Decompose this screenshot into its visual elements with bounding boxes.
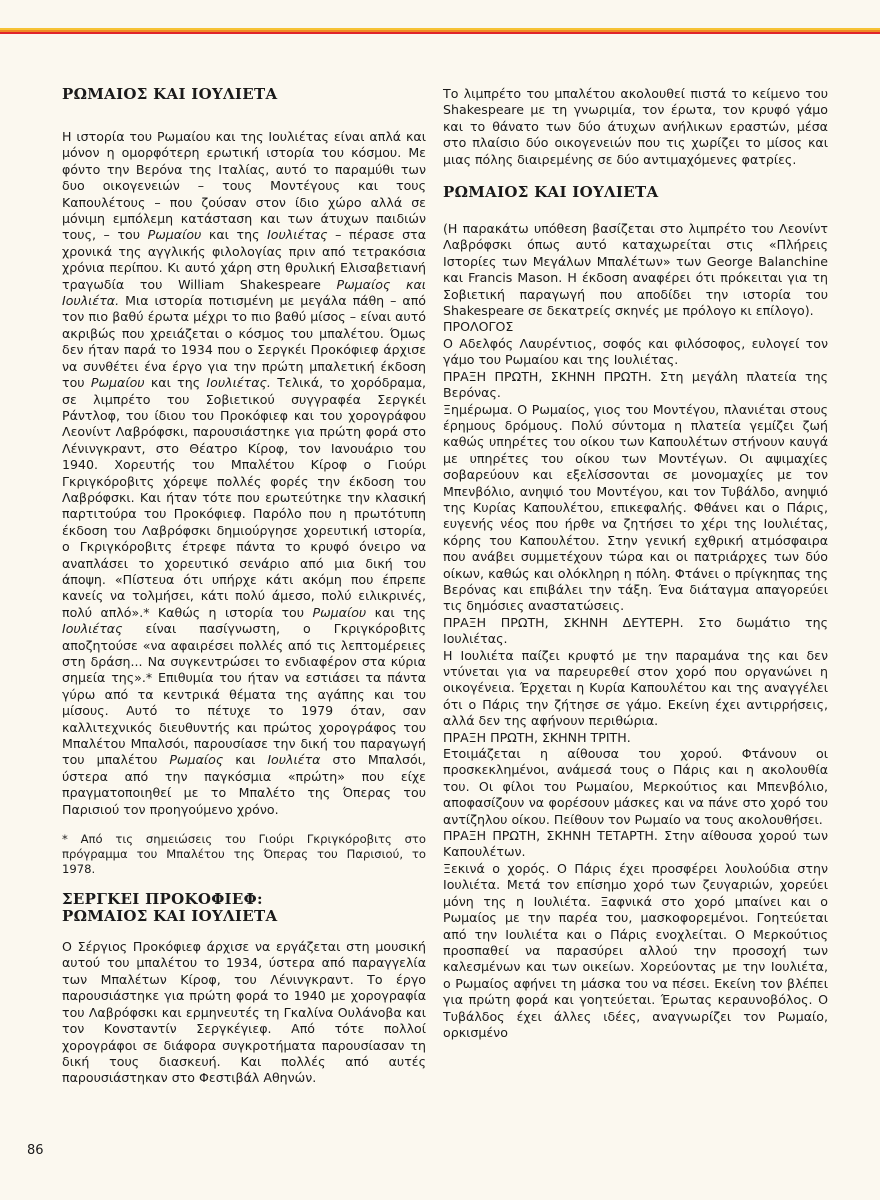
italic-run: Ιουλιέτας. [206, 375, 271, 390]
scene-act1-scene3: ΠΡΑΞΗ ΠΡΩΤΗ, ΣΚΗΝΗ ΤΡΙΤΗ. Ετοιμάζεται η … [443, 730, 828, 828]
synopsis-note: (Η παρακάτω υπόθεση βασίζεται στο λιμπρέ… [443, 221, 828, 319]
decorative-top-stripe [0, 28, 880, 34]
scene-text: Ξημέρωμα. Ο Ρωμαίος, γιος του Μοντέγου, … [443, 402, 828, 615]
text-run: και της [366, 605, 426, 620]
heading-synopsis: ΡΩΜΑΙΟΣ ΚΑΙ ΙΟΥΛΙΕΤΑ [443, 184, 828, 201]
italic-run: Ρωμαίου [312, 605, 366, 620]
italic-run: Ιουλιέτα [267, 752, 320, 767]
text-run: και της [145, 375, 207, 390]
prokofiev-paragraph: Ο Σέργιος Προκόφιεφ άρχισε να εργάζεται … [62, 939, 426, 1087]
heading-romeo-juliet: ΡΩΜΑΙΟΣ ΚΑΙ ΙΟΥΛΙΕΤΑ [62, 86, 426, 103]
scene-text: Ετοιμάζεται η αίθουσα του χορού. Φτάνουν… [443, 746, 828, 828]
scene-prologue: ΠΡΟΛΟΓΟΣ Ο Αδελφός Λαυρέντιος, σοφός και… [443, 319, 828, 368]
intro-paragraph: Η ιστορία του Ρωμαίου και της Ιουλιέτας … [62, 129, 426, 818]
scene-title: ΠΡΟΛΟΓΟΣ [443, 319, 828, 335]
page-number: 86 [27, 1143, 44, 1158]
italic-run: Ιουλιέτας [267, 227, 328, 242]
italic-run: Ρωμαίος [169, 752, 223, 767]
text-run: είναι πασίγνωστη, ο Γκριγκόροβιτς αποζητ… [62, 621, 426, 767]
left-column: ΡΩΜΑΙΟΣ ΚΑΙ ΙΟΥΛΙΕΤΑ Η ιστορία του Ρωμαί… [62, 86, 426, 1087]
text-run: Τελικά, το χορόδραμα, σε λιμπρέτο του Σο… [62, 375, 426, 620]
scene-title: ΠΡΑΞΗ ΠΡΩΤΗ, ΣΚΗΝΗ ΤΡΙΤΗ. [443, 730, 631, 745]
text-run: Η ιστορία του Ρωμαίου και της Ιουλιέτας … [62, 129, 426, 242]
heading-prokofiev-line2: ΡΩΜΑΙΟΣ ΚΑΙ ΙΟΥΛΙΕΤΑ [62, 908, 426, 925]
italic-run: Ρωμαίου [91, 375, 145, 390]
scene-title: ΠΡΑΞΗ ΠΡΩΤΗ, ΣΚΗΝΗ ΤΕΤΑΡΤΗ. [443, 828, 658, 843]
heading-prokofiev-line1: ΣΕΡΓΚΕΙ ΠΡΟΚΟΦΙΕΦ: [62, 891, 426, 908]
scene-text: Ο Αδελφός Λαυρέντιος, σοφός και φιλόσοφο… [443, 336, 828, 367]
text-run: και [223, 752, 267, 767]
footnote: * Από τις σημειώσεις του Γιούρι Γκριγκόρ… [62, 832, 426, 877]
scene-act1-scene1: ΠΡΑΞΗ ΠΡΩΤΗ, ΣΚΗΝΗ ΠΡΩΤΗ. Στη μεγάλη πλα… [443, 369, 828, 615]
scene-title: ΠΡΑΞΗ ΠΡΩΤΗ, ΣΚΗΝΗ ΠΡΩΤΗ. [443, 369, 652, 384]
libretto-paragraph: Το λιμπρέτο του μπαλέτου ακολουθεί πιστά… [443, 86, 828, 168]
scene-act1-scene2: ΠΡΑΞΗ ΠΡΩΤΗ, ΣΚΗΝΗ ΔΕΥΤΕΡΗ. Στο δωμάτιο … [443, 615, 828, 730]
scene-act1-scene4: ΠΡΑΞΗ ΠΡΩΤΗ, ΣΚΗΝΗ ΤΕΤΑΡΤΗ. Στην αίθουσα… [443, 828, 828, 1041]
scene-title: ΠΡΑΞΗ ΠΡΩΤΗ, ΣΚΗΝΗ ΔΕΥΤΕΡΗ. [443, 615, 684, 630]
italic-run: Ρωμαίου [148, 227, 202, 242]
text-run: και της [201, 227, 267, 242]
stripe-red [0, 32, 880, 34]
italic-run: Ιουλιέτας [62, 621, 123, 636]
right-column: Το λιμπρέτο του μπαλέτου ακολουθεί πιστά… [443, 86, 828, 1041]
scene-text: Ξεκινά ο χορός. Ο Πάρις έχει προσφέρει λ… [443, 861, 828, 1041]
scene-text: Η Ιουλιέτα παίζει κρυφτό με την παραμάνα… [443, 648, 828, 730]
